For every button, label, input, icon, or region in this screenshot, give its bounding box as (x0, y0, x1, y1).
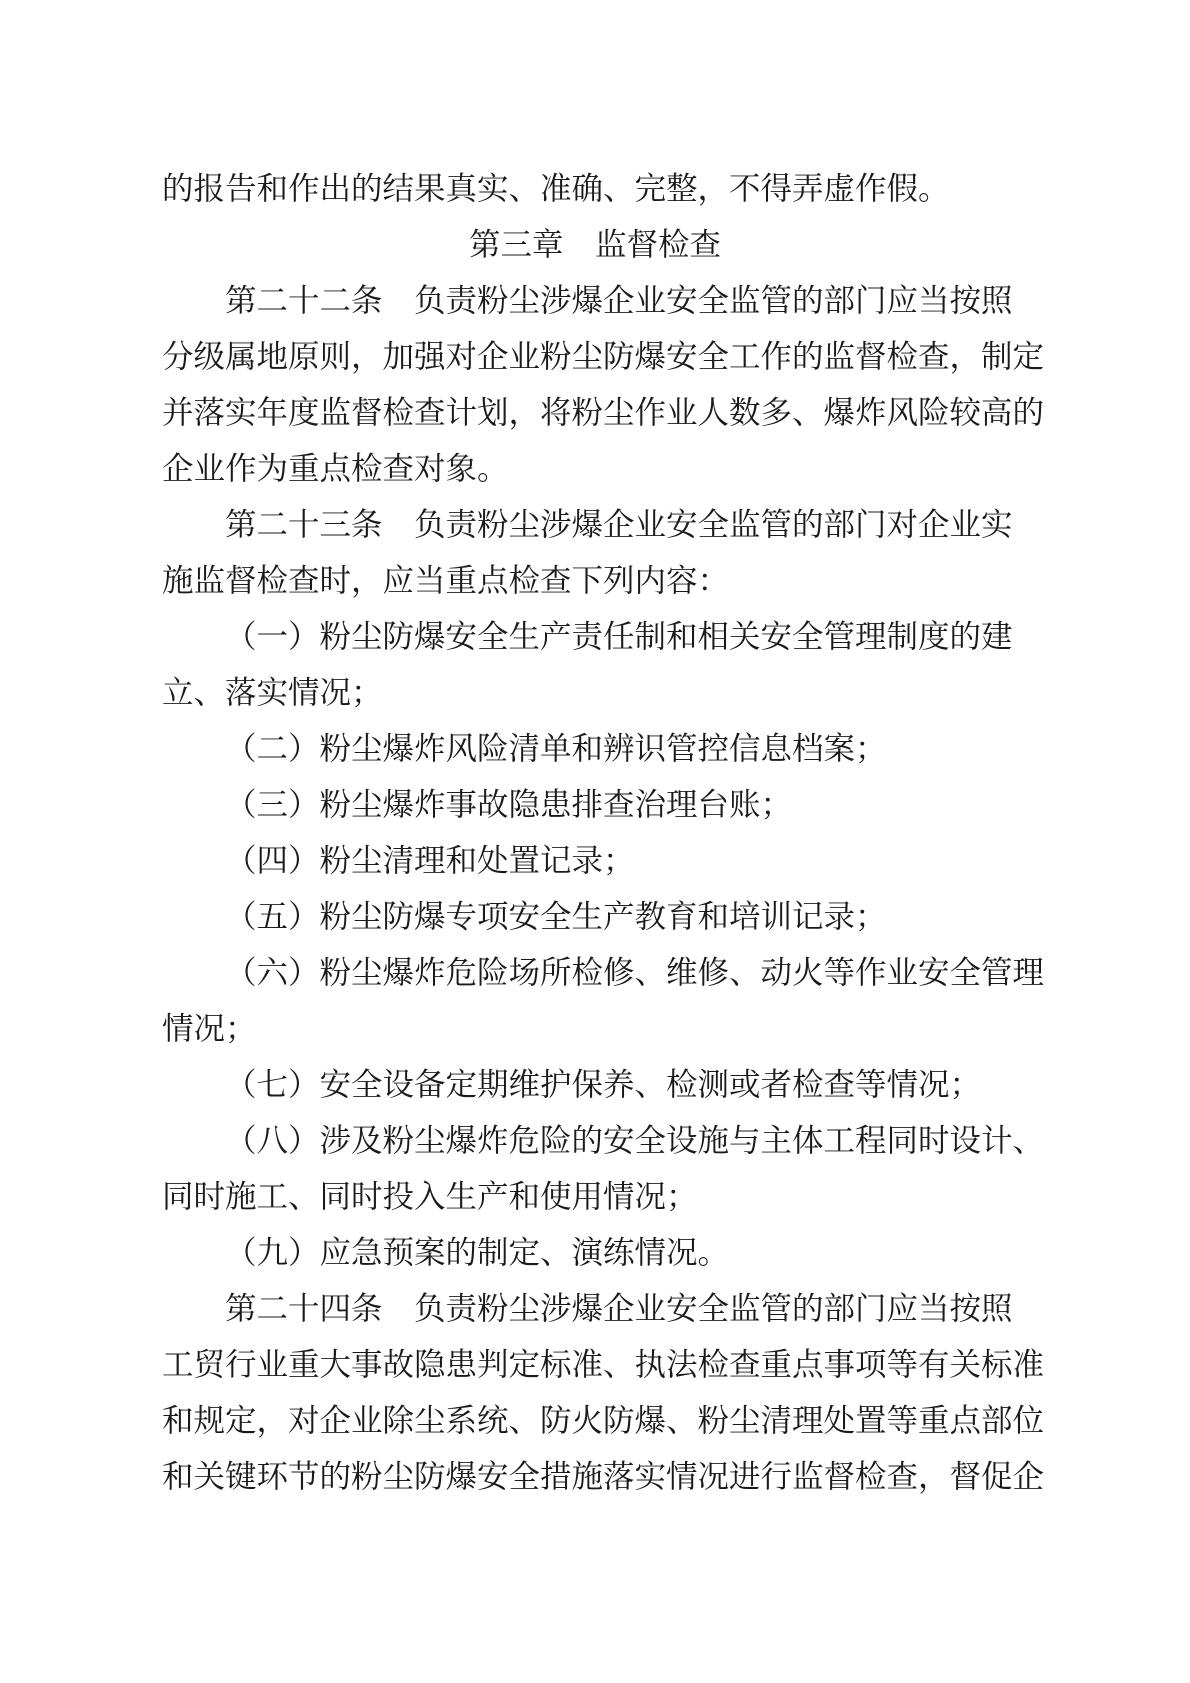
paragraph-line: 并落实年度监督检查计划，将粉尘作业人数多、爆炸风险较高的 (162, 385, 1028, 441)
paragraph-line: 和关键环节的粉尘防爆安全措施落实情况进行监督检查，督促企 (162, 1449, 1028, 1505)
list-item-9-line: （九）应急预案的制定、演练情况。 (162, 1225, 1028, 1281)
list-item-7-line: （七）安全设备定期维护保养、检测或者检查等情况； (162, 1057, 1028, 1113)
article-22-opening-line: 第二十二条 负责粉尘涉爆企业安全监管的部门应当按照 (162, 273, 1028, 329)
list-item-4-line: （四）粉尘清理和处置记录； (162, 833, 1028, 889)
document-text-body: 的报告和作出的结果真实、准确、完整，不得弄虚作假。 第三章 监督检查 第二十二条… (162, 161, 1028, 1505)
article-23-opening-line: 第二十三条 负责粉尘涉爆企业安全监管的部门对企业实 (162, 497, 1028, 553)
chapter-heading: 第三章 监督检查 (162, 217, 1028, 273)
paragraph-line: 分级属地原则，加强对企业粉尘防爆安全工作的监督检查，制定 (162, 329, 1028, 385)
list-item-3-line: （三）粉尘爆炸事故隐患排查治理台账； (162, 777, 1028, 833)
paragraph-line: 和规定，对企业除尘系统、防火防爆、粉尘清理处置等重点部位 (162, 1393, 1028, 1449)
paragraph-line: 企业作为重点检查对象。 (162, 441, 1028, 497)
document-page: 的报告和作出的结果真实、准确、完整，不得弄虚作假。 第三章 监督检查 第二十二条… (0, 0, 1190, 1683)
article-24-opening-line: 第二十四条 负责粉尘涉爆企业安全监管的部门应当按照 (162, 1281, 1028, 1337)
paragraph-line: 立、落实情况； (162, 665, 1028, 721)
list-item-5-line: （五）粉尘防爆专项安全生产教育和培训记录； (162, 889, 1028, 945)
paragraph-line: 工贸行业重大事故隐患判定标准、执法检查重点事项等有关标准 (162, 1337, 1028, 1393)
list-item-2-line: （二）粉尘爆炸风险清单和辨识管控信息档案； (162, 721, 1028, 777)
list-item-1-line: （一）粉尘防爆安全生产责任制和相关安全管理制度的建 (162, 609, 1028, 665)
paragraph-line: 施监督检查时，应当重点检查下列内容： (162, 553, 1028, 609)
paragraph-line: 情况； (162, 1001, 1028, 1057)
list-item-8-line: （八）涉及粉尘爆炸危险的安全设施与主体工程同时设计、 (162, 1113, 1028, 1169)
paragraph-line: 同时施工、同时投入生产和使用情况； (162, 1169, 1028, 1225)
list-item-6-line: （六）粉尘爆炸危险场所检修、维修、动火等作业安全管理 (162, 945, 1028, 1001)
paragraph-continuation-line: 的报告和作出的结果真实、准确、完整，不得弄虚作假。 (162, 161, 1028, 217)
